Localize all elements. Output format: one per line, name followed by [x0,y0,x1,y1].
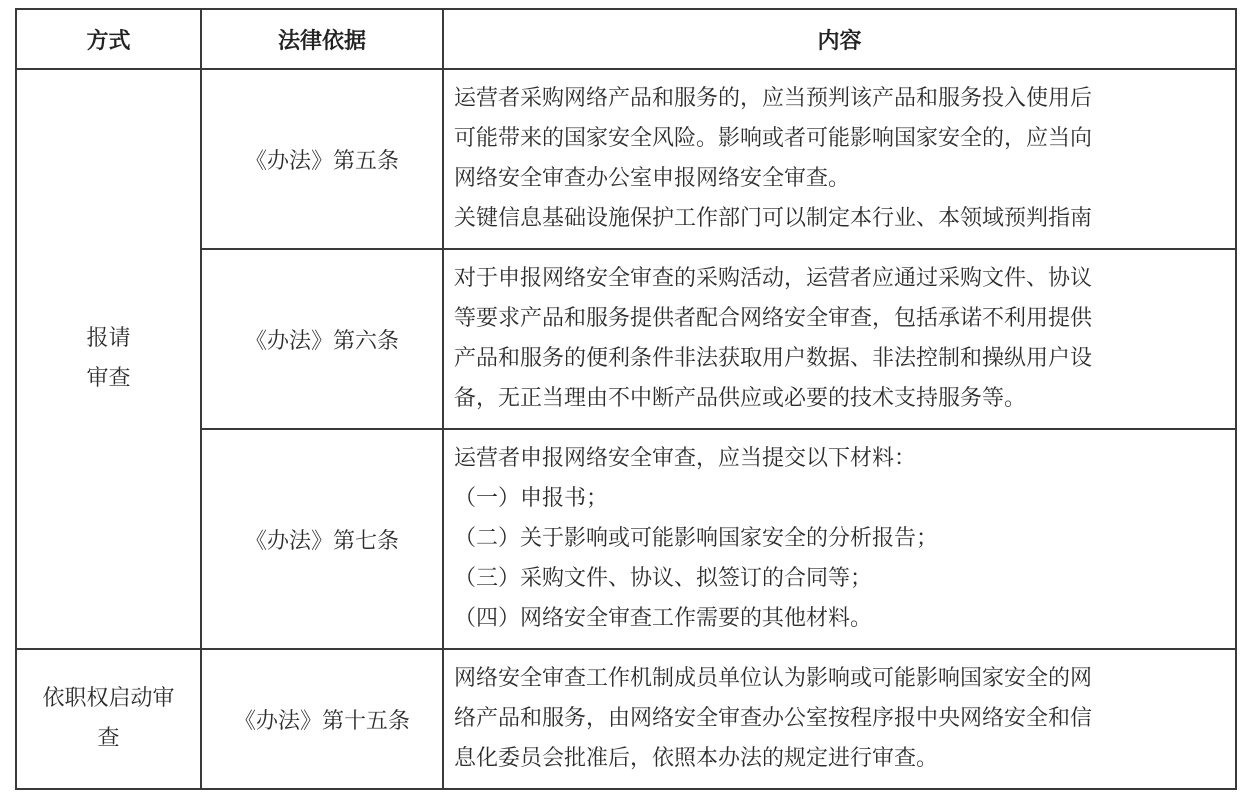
method-line: 报请 [17,319,200,359]
content-line: 息化委员会批准后，依照本办法的规定进行审查。 [454,739,1225,779]
method-line: 审查 [17,359,200,399]
content-list-item: （一）申报书； [454,479,1225,519]
content-line: 对于申报网络安全审查的采购活动，运营者应通过采购文件、协议 [454,259,1225,299]
content-list-item: （三）采购文件、协议、拟签订的合同等； [454,559,1225,599]
content-line: 等要求产品和服务提供者配合网络安全审查，包括承诺不利用提供 [454,299,1225,339]
review-methods-table: 方式 法律依据 内容 报请 审查 《办法》第五条 运营者采购网络产品和服务的，应… [15,8,1237,790]
method-line: 查 [17,719,200,759]
method-line: 依职权启动审 [17,679,200,719]
table-row: 报请 审查 《办法》第五条 运营者采购网络产品和服务的，应当预判该产品和服务投入… [16,69,1236,249]
content-list-item: （二）关于影响或可能影响国家安全的分析报告； [454,519,1225,559]
content-line: 络产品和服务，由网络安全审查办公室按程序报中央网络安全和信 [454,699,1225,739]
content-list-item: （四）网络安全审查工作需要的其他材料。 [454,599,1225,639]
header-content: 内容 [443,9,1236,69]
content-cell: 网络安全审查工作机制成员单位认为影响或可能影响国家安全的网 络产品和服务，由网络… [443,649,1236,789]
content-cell: 运营者采购网络产品和服务的，应当预判该产品和服务投入使用后 可能带来的国家安全风… [443,69,1236,249]
legal-basis-cell: 《办法》第七条 [201,429,443,649]
method-cell-application: 报请 审查 [16,69,201,649]
table-header-row: 方式 法律依据 内容 [16,9,1236,69]
legal-basis-cell: 《办法》第十五条 [201,649,443,789]
content-cell: 运营者申报网络安全审查，应当提交以下材料： （一）申报书； （二）关于影响或可能… [443,429,1236,649]
legal-basis-cell: 《办法》第五条 [201,69,443,249]
content-line: 网络安全审查工作机制成员单位认为影响或可能影响国家安全的网 [454,659,1225,699]
content-line: 运营者采购网络产品和服务的，应当预判该产品和服务投入使用后 [454,79,1225,119]
legal-basis-cell: 《办法》第六条 [201,249,443,429]
content-cell: 对于申报网络安全审查的采购活动，运营者应通过采购文件、协议 等要求产品和服务提供… [443,249,1236,429]
content-line: 备，无正当理由不中断产品供应或必要的技术支持服务等。 [454,379,1225,419]
content-line: 可能带来的国家安全风险。影响或者可能影响国家安全的，应当向 [454,119,1225,159]
content-line: 产品和服务的便利条件非法获取用户数据、非法控制和操纵用户设 [454,339,1225,379]
header-legal-basis: 法律依据 [201,9,443,69]
content-line: 运营者申报网络安全审查，应当提交以下材料： [454,439,1225,479]
table-row: 依职权启动审 查 《办法》第十五条 网络安全审查工作机制成员单位认为影响或可能影… [16,649,1236,789]
header-method: 方式 [16,9,201,69]
content-line: 关键信息基础设施保护工作部门可以制定本行业、本领域预判指南 [454,199,1225,239]
method-cell-ex-officio: 依职权启动审 查 [16,649,201,789]
content-line: 网络安全审查办公室申报网络安全审查。 [454,159,1225,199]
